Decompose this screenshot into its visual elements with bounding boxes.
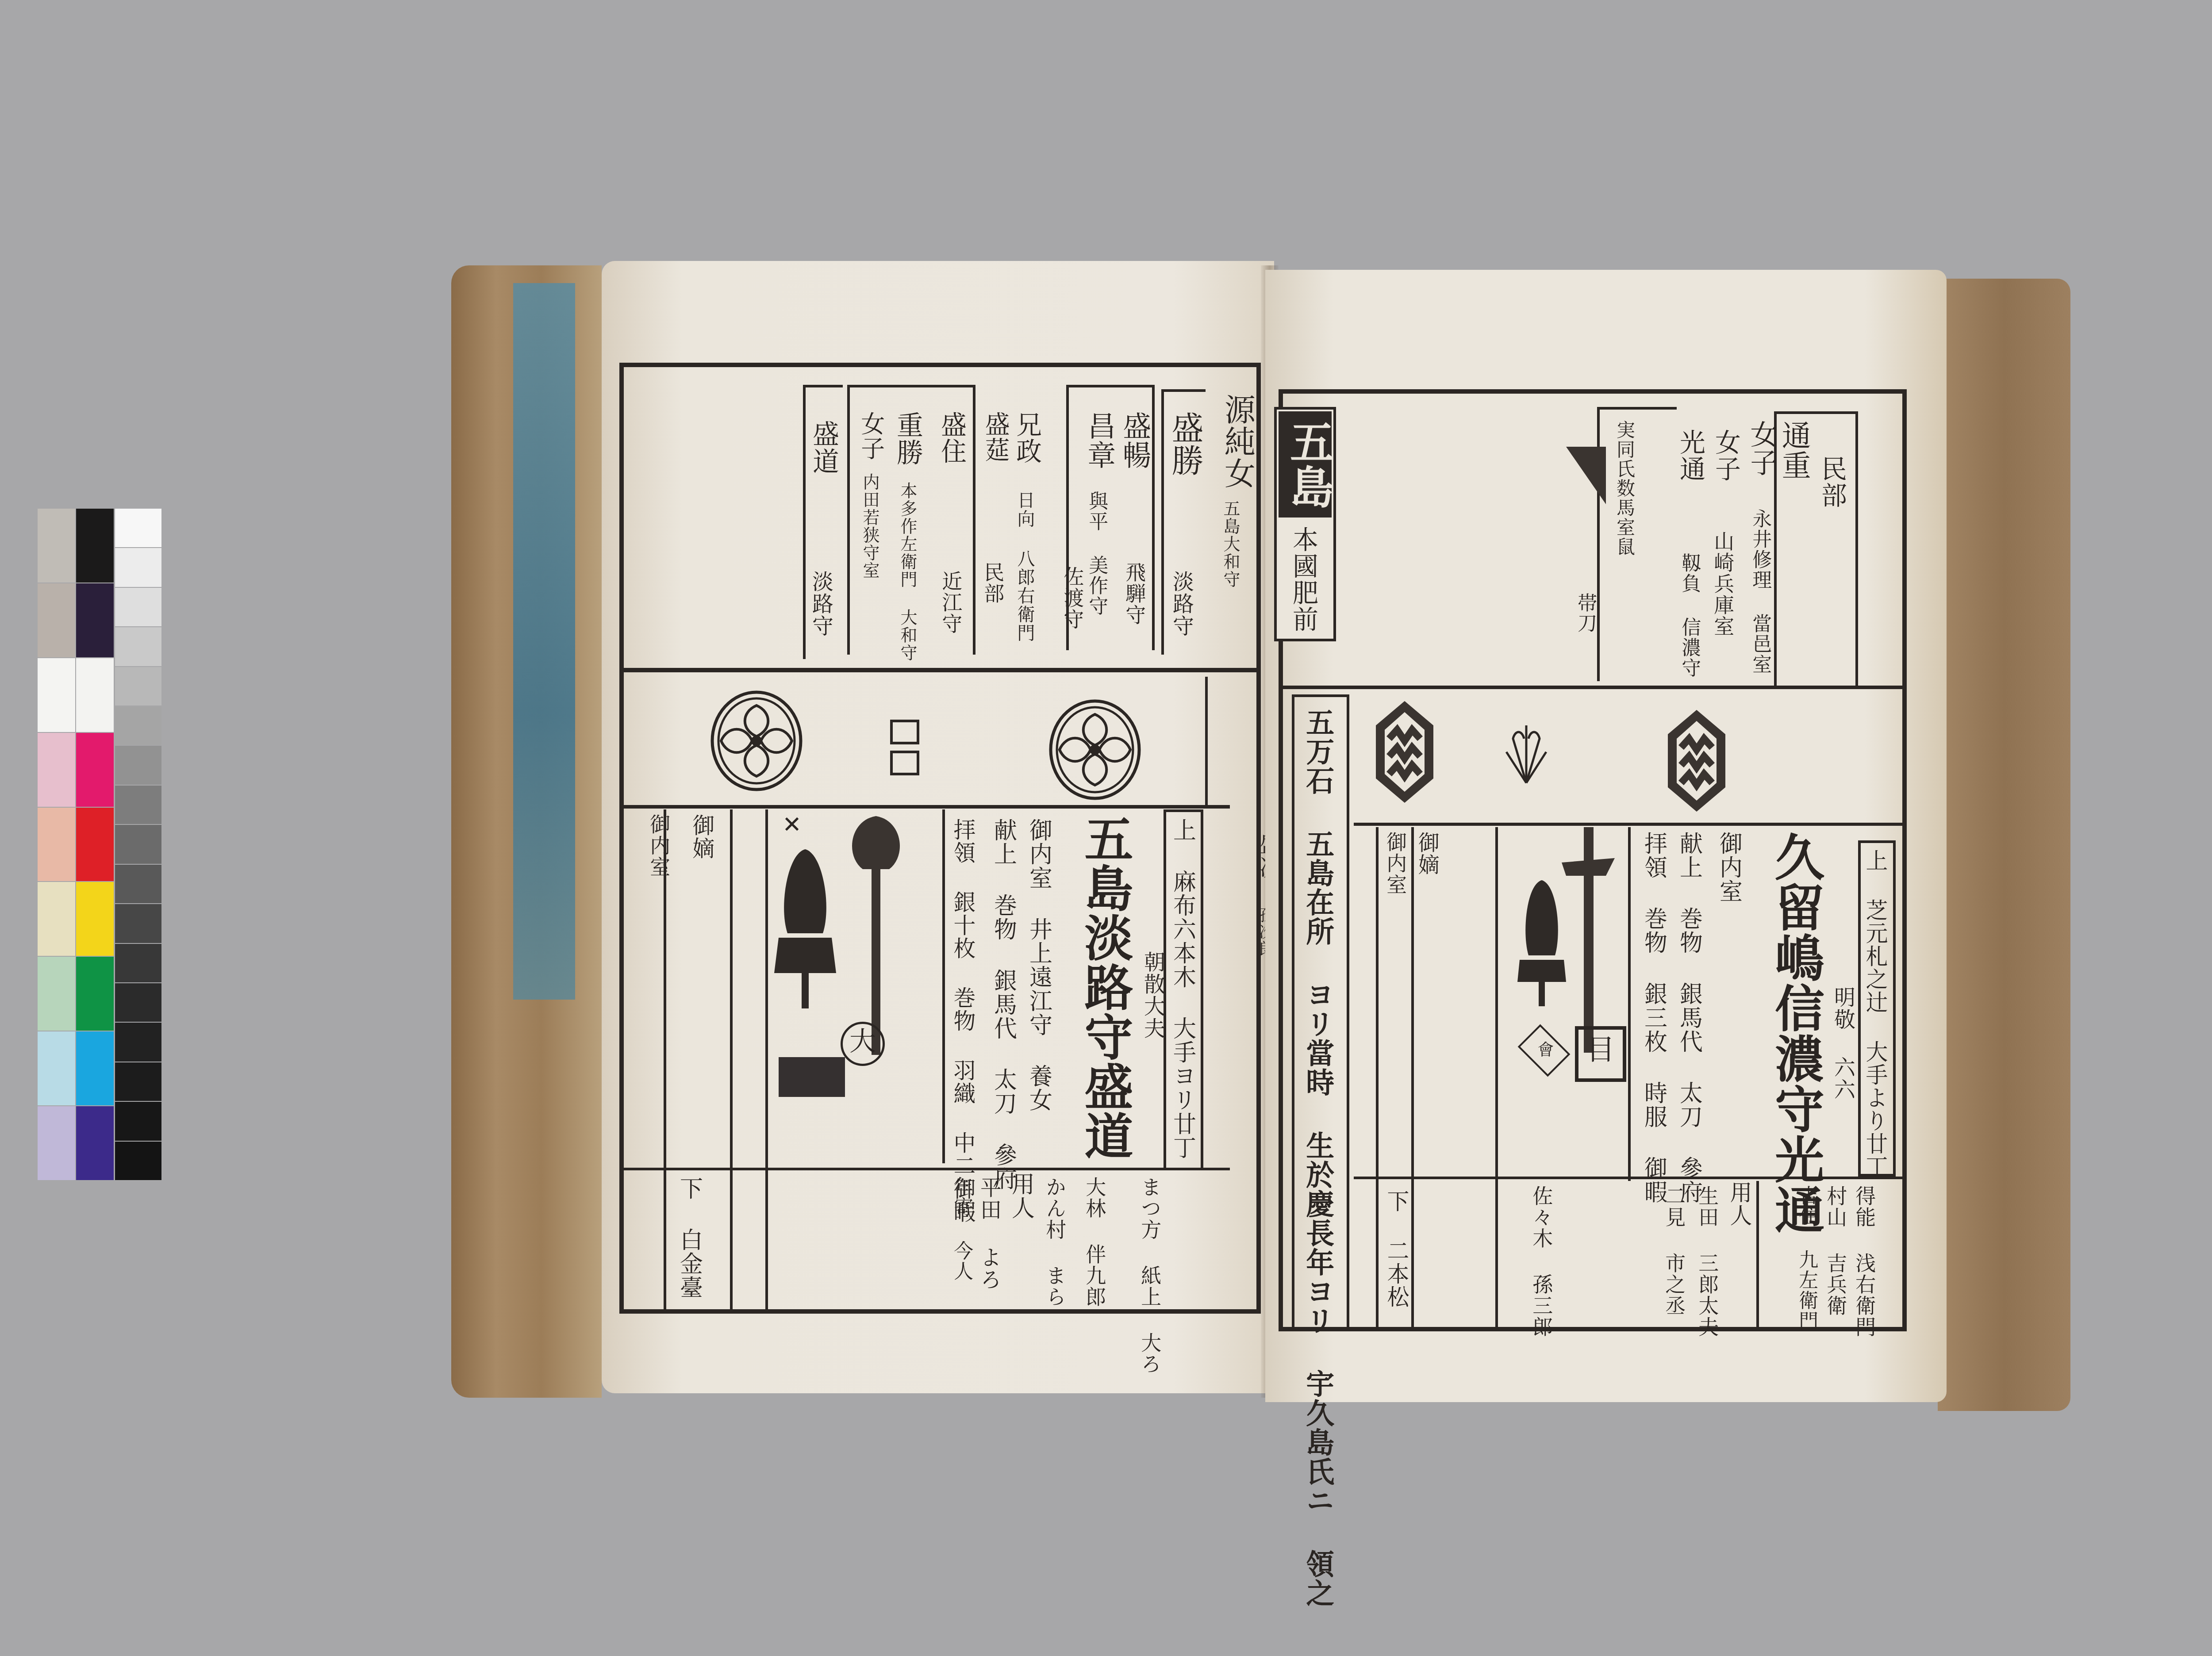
color-patch <box>115 1023 161 1061</box>
column-rule <box>1495 827 1498 1331</box>
retainer: 平田 よろ <box>978 1177 1000 1291</box>
color-patch <box>115 904 161 943</box>
left-crest-divider <box>619 805 1230 809</box>
color-patch <box>115 627 161 666</box>
genealogy-name: 光通 <box>1677 429 1704 482</box>
weapon-label: 帯刀 <box>1575 593 1595 633</box>
retainer: 吉住 九左衛門 <box>1796 1185 1816 1331</box>
column-rule <box>942 809 945 1163</box>
color-patch <box>115 509 161 547</box>
color-patch <box>38 808 75 882</box>
genealogy-header: 民部 <box>1818 456 1845 509</box>
genealogy-title: 五島大和守 <box>1221 500 1239 588</box>
genealogy-name: 盛莚 <box>982 411 1008 463</box>
column-rule <box>730 809 733 1314</box>
wave-diamond-crest-icon <box>1663 708 1730 814</box>
color-patch <box>115 1142 161 1180</box>
column-rule <box>765 809 768 1314</box>
lord-rank: 明敬 六六 <box>1832 986 1854 1100</box>
color-patch <box>115 983 161 1022</box>
genealogy-name: 兄政 <box>1013 411 1040 464</box>
genealogy-title: 民部 <box>982 562 1003 604</box>
genealogy-title: 與平 美作守 <box>1086 491 1106 616</box>
lord-name: 久留嶋信濃守光通 <box>1770 832 1822 1235</box>
color-patch <box>115 667 161 705</box>
lord-name: 五島淡路守盛道 <box>1079 814 1131 1161</box>
right-crest-divider <box>1354 823 1907 826</box>
color-patch <box>38 882 75 956</box>
color-patch <box>76 957 114 1031</box>
color-patch <box>115 588 161 626</box>
retainer: 村山 吉兵衛 <box>1825 1185 1846 1316</box>
column-rule <box>1628 827 1631 1181</box>
retainer: 生田 三郎太夫 <box>1697 1185 1718 1338</box>
color-patch <box>76 583 114 657</box>
genealogy-name: 盛勝 <box>1168 411 1202 477</box>
retainers-label: 用人 <box>1009 1172 1033 1220</box>
genealogy-name: 源純女 <box>1221 394 1254 489</box>
genealogy-title: 近江守 <box>940 571 961 634</box>
lower-residence: 下 二本松 <box>1385 1190 1408 1308</box>
color-patch <box>115 944 161 982</box>
color-patch <box>115 865 161 903</box>
color-patch <box>76 658 114 732</box>
genealogy-title: 淡路守 <box>1170 571 1192 637</box>
genealogy-title: 本多作左衛門 大和守 <box>898 482 916 662</box>
square-seal-crest-icon: 目 <box>1575 1026 1626 1082</box>
lord-inner-chamber: 御内室 井上遠江守 養女 <box>1026 818 1051 1112</box>
genealogy-bracket <box>1597 407 1677 681</box>
crossed-mark-icon: ✕ <box>779 812 805 838</box>
retainer: かん村 まら <box>1044 1177 1065 1307</box>
genealogy-name: 女子 <box>858 411 883 461</box>
inner-chamber-label: 御内室 <box>1385 832 1406 895</box>
left-genealogy-divider <box>619 668 1261 672</box>
right-genealogy-divider <box>1279 686 1907 689</box>
lord-residence: 上 芝元札之辻 大手より廿丁 <box>1863 849 1887 1178</box>
column-rule <box>1411 827 1414 1331</box>
right-page: 五島 本國肥前 五万石 五島在所 ヨリ當時 生於慶長年ヨリ 宇久島氏ニ 領之 民… <box>1265 270 1947 1402</box>
color-patch <box>115 548 161 586</box>
color-patch <box>76 733 114 807</box>
color-patch <box>115 825 161 863</box>
color-patch <box>115 1062 161 1101</box>
color-patch <box>115 1102 161 1140</box>
genealogy-name: 盛暢 <box>1119 411 1149 470</box>
color-patch <box>38 1031 75 1105</box>
genealogy-name: 女子 <box>1712 429 1739 482</box>
retainer: 得能 浅右衛門 <box>1854 1185 1875 1338</box>
book-right-edge <box>1938 279 2070 1411</box>
genealogy-title: 佐渡守 <box>1062 566 1083 630</box>
heir-label: 御嫡 <box>1416 832 1438 876</box>
color-patch <box>115 786 161 824</box>
color-patch <box>76 808 114 882</box>
genealogy-name: 女子 <box>1747 420 1776 477</box>
color-patch <box>115 746 161 784</box>
retainer: 佐々木 孫三郎 <box>1531 1185 1552 1338</box>
color-patch <box>38 1106 75 1180</box>
color-patch <box>76 882 114 956</box>
column-rule <box>664 809 666 1314</box>
genealogy-title: 日向 八郎右衛門 <box>1015 491 1034 642</box>
flower-in-double-circle-crest-icon <box>706 688 807 794</box>
genealogy-title: 靱負 信濃守 <box>1679 553 1699 678</box>
lord-gifts: 拝領 巻物 銀三枚 時服 御暇 <box>1641 832 1666 1204</box>
lord-tribute: 献上 巻物 銀馬代 太刀 參府 <box>1677 832 1701 1204</box>
lord-gifts: 拝領 銀十枚 巻物 羽織 中二御暇 <box>951 818 975 1223</box>
color-patch <box>115 706 161 745</box>
column-rule <box>1756 1181 1759 1331</box>
color-patch <box>38 658 75 732</box>
genealogy-name: 盛住 <box>938 411 965 464</box>
lord-tribute: 献上 巻物 銀馬代 太刀 參府 <box>991 818 1015 1191</box>
spear-procession-icon <box>836 812 916 1059</box>
retainer: まつ方 紙上 大ろ <box>1139 1177 1160 1375</box>
domain-history: 五万石 五島在所 ヨリ當時 生於慶長年ヨリ 宇久島氏ニ 領之 <box>1303 708 1333 1608</box>
retainer: 二見 市之丞 <box>1663 1185 1685 1316</box>
color-patch <box>76 1031 114 1105</box>
fan-crest-icon <box>1504 721 1548 787</box>
genealogy-name: 通重 <box>1778 420 1809 480</box>
color-calibration-target <box>38 509 161 1181</box>
domain-title: 五島 <box>1279 411 1332 517</box>
genealogy-title: 山崎兵庫室 <box>1712 531 1733 637</box>
retainers-label: 用人 <box>1728 1181 1751 1227</box>
lord-inner-chamber: 御内室 <box>1717 832 1741 903</box>
tassel-procession-icon <box>1513 876 1571 1008</box>
retainer: 年寄 今人 <box>951 1177 972 1281</box>
left-bottom-divider <box>619 1168 1230 1170</box>
lord-rank: 朝散大夫 <box>1141 951 1164 1039</box>
color-patch <box>76 509 114 583</box>
genealogy-name: 盛道 <box>810 420 837 475</box>
color-patch <box>76 1106 114 1180</box>
left-page: 源純女 五島大和守 盛勝 淡路守 盛暢 飛騨守 昌章 與平 美作守 佐渡守 兄政… <box>602 261 1274 1393</box>
genealogy-title: 飛騨守 <box>1124 562 1145 625</box>
dai-circle-crest-icon: 大 <box>841 1022 885 1066</box>
genealogy-name: 実同氏数馬室鼠 <box>1615 420 1634 556</box>
lower-residence: 下 白金臺 <box>677 1177 701 1299</box>
domain-province: 本國肥前 <box>1290 526 1317 632</box>
retainer: 大林 伴九郎 <box>1084 1177 1105 1307</box>
genealogy-name: 重勝 <box>894 411 922 466</box>
two-squares-crest-icon <box>889 719 920 776</box>
genealogy-name: 昌章 <box>1084 411 1114 470</box>
inner-chamber-label: 御内室 <box>648 814 669 878</box>
book-cover-blue <box>513 283 575 1000</box>
color-patch <box>38 509 75 583</box>
genealogy-title: 内田若狭守室 <box>860 473 878 579</box>
genealogy-title: 永井修理 當邑室 <box>1750 509 1770 675</box>
lacquer-box-icon <box>779 1057 845 1097</box>
lord-residence: 上 麻布六本木 大手ヨリ廿丁 <box>1170 818 1194 1160</box>
tassel-procession-icon <box>770 845 841 1013</box>
heir-label: 御嫡 <box>690 814 714 860</box>
column-rule <box>1376 827 1379 1331</box>
color-patch <box>38 583 75 657</box>
color-patch <box>38 957 75 1031</box>
genealogy-title: 淡路守 <box>810 571 832 637</box>
color-patch <box>38 733 75 807</box>
wave-diamond-crest-icon <box>1371 699 1438 805</box>
flower-in-double-circle-crest-icon <box>1044 697 1146 803</box>
